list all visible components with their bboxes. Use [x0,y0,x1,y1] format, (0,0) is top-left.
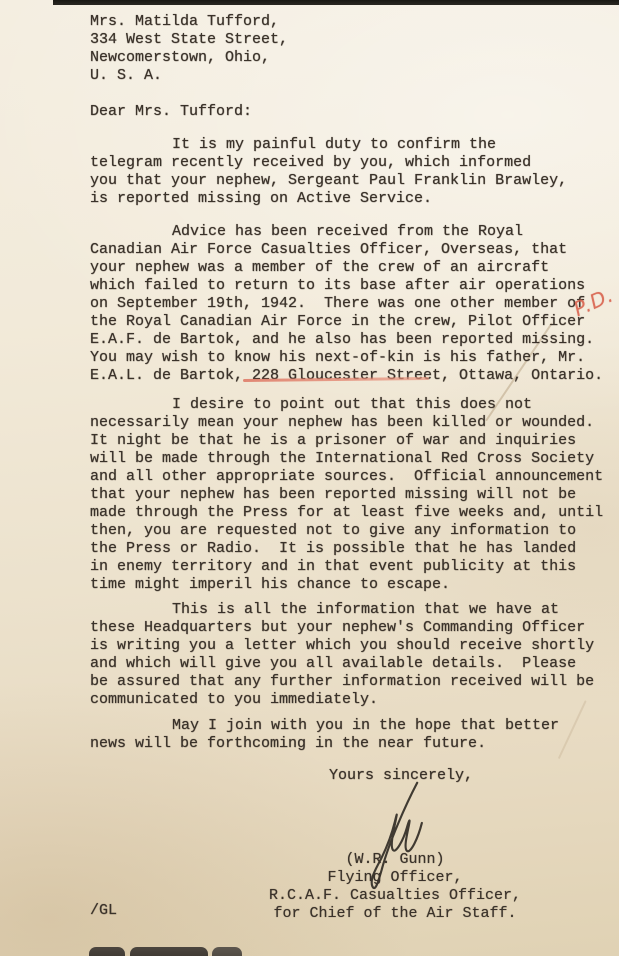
viewer-toolbar-button-1[interactable] [89,947,125,956]
text-line: Flying Officer, [230,869,560,887]
text-line: the Royal Canadian Air Force in the crew… [90,313,603,331]
text-line: then, you are requested not to give any … [90,522,603,540]
text-line: (W.R. Gunn) [230,851,560,869]
text-line: I desire to point out that this does not [90,396,603,414]
text-line: news will be forthcoming in the near fut… [90,735,559,753]
text-line: for Chief of the Air Staff. [230,905,560,923]
viewer-toolbar-button-2[interactable] [130,947,208,956]
text-line: and which will give you all available de… [90,655,594,673]
text-line: It night be that he is a prisoner of war… [90,432,603,450]
paragraph-5: May I join with you in the hope that bet… [90,717,559,753]
text-line: May I join with you in the hope that bet… [90,717,559,735]
text-line: telegram recently received by you, which… [90,154,567,172]
text-line: made through the Press for at least five… [90,504,603,522]
text-line: and all other appropriate sources. Offic… [90,468,603,486]
text-line: Newcomerstown, Ohio, [90,49,288,67]
text-line: R.C.A.F. Casualties Officer, [230,887,560,905]
text-line: will be made through the International R… [90,450,603,468]
salutation: Dear Mrs. Tufford: [90,103,252,121]
text-line: It is my painful duty to confirm the [90,136,567,154]
text-line: be assured that any further information … [90,673,594,691]
text-line: is reported missing on Active Service. [90,190,567,208]
text-line: which failed to return to its base after… [90,277,603,295]
paragraph-4: This is all the information that we have… [90,601,594,709]
text-line: E.A.L. de Bartok, 228 Gloucester Street,… [90,367,603,385]
text-line: 334 West State Street, [90,31,288,49]
text-line: Advice has been received from the Royal [90,223,603,241]
text-line: that your nephew has been reported missi… [90,486,603,504]
text-line: necessarily mean your nephew has been ki… [90,414,603,432]
viewer-toolbar-button-3[interactable] [212,947,242,956]
text-line: you that your nephew, Sergeant Paul Fran… [90,172,567,190]
text-line: You may wish to know his next-of-kin is … [90,349,603,367]
text-line: U. S. A. [90,67,288,85]
text-line: time might imperil his chance to escape. [90,576,603,594]
text-line: communicated to you immediately. [90,691,594,709]
paragraph-3: I desire to point out that this does not… [90,396,603,594]
text-line: on September 19th, 1942. There was one o… [90,295,603,313]
signature-block: (W.R. Gunn)Flying Officer,R.C.A.F. Casua… [230,851,560,923]
text-line: the Press or Radio. It is possible that … [90,540,603,558]
text-line: Mrs. Matilda Tufford, [90,13,288,31]
paragraph-1: It is my painful duty to confirm thetele… [90,136,567,208]
text-line: your nephew was a member of the crew of … [90,259,603,277]
text-line: in enemy territory and in that event pub… [90,558,603,576]
scanned-letter-page: Mrs. Matilda Tufford,334 West State Stre… [0,0,619,956]
scan-edge-strip [53,0,619,5]
text-line: Canadian Air Force Casualties Officer, O… [90,241,603,259]
text-line: E.A.F. de Bartok, and he also has been r… [90,331,603,349]
recipient-address: Mrs. Matilda Tufford,334 West State Stre… [90,13,288,85]
paper-crease [558,700,586,759]
text-line: is writing you a letter which you should… [90,637,594,655]
text-line: This is all the information that we have… [90,601,594,619]
typist-initials: /GL [90,902,117,920]
paragraph-2: Advice has been received from the RoyalC… [90,223,603,385]
text-line: these Headquarters but your nephew's Com… [90,619,594,637]
